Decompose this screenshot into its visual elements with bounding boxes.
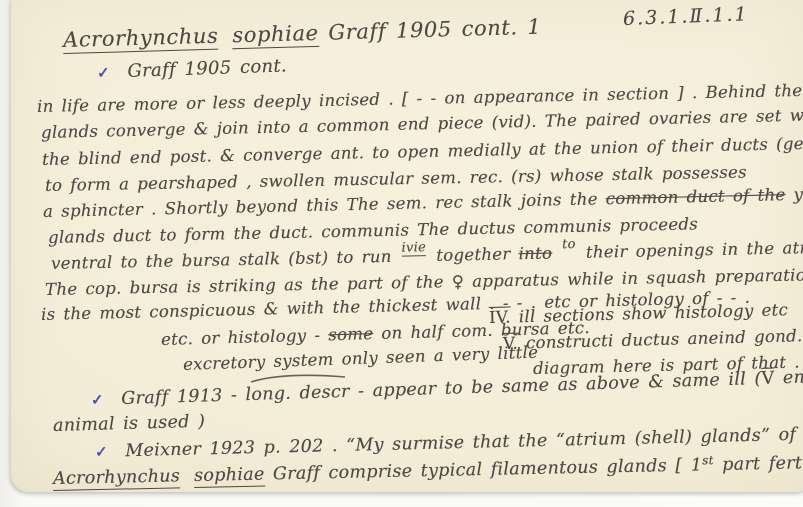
check-icon-1913: ✓ [91, 391, 104, 409]
genus-name-1923: Acrorhynchus [53, 466, 180, 491]
roman-numeral-v-1913: V [761, 369, 775, 389]
line5-text: a sphincter . Shortly beyond this The se… [43, 189, 598, 221]
line7-inserted-word: ivie [401, 240, 426, 257]
line10-text: etc. or histology - [161, 326, 321, 349]
line10-struck-word: some [328, 324, 374, 344]
subtitle-text: Graff 1905 cont. [127, 55, 287, 82]
entry-1923-text: Graff comprise typical filamentous gland… [273, 455, 703, 484]
species-name-1923: sophiae [194, 465, 265, 488]
line5-text-end: yolk [793, 184, 803, 204]
line7-text-mid: together [436, 244, 511, 265]
line7-text-end: their openings in the atrium [586, 237, 803, 261]
roman-numeral-iv: IV. [489, 307, 511, 327]
line7-text: ventral to the bursa stalk (bst) to run [51, 247, 392, 273]
entry-1923-text-end: part fertile [722, 453, 803, 475]
line7-struck-word: into [518, 244, 552, 264]
card-index-number: 6.3.1.Ⅱ.1.1 [623, 3, 749, 30]
note-line-11: excretory system only seen a very little [183, 343, 539, 374]
entry-1913-text: Graff 1913 - long. descr - appear to be … [121, 369, 762, 409]
title-suffix: Graff 1905 cont. 1 [328, 15, 542, 45]
check-icon: ✓ [97, 64, 110, 82]
line5-struck-text: common duct of the [605, 185, 785, 208]
card-title: Acrorhynchussophiae Graff 1905 cont. 1 [63, 15, 542, 52]
check-icon-1923: ✓ [95, 443, 108, 461]
line7-correction-word: to [562, 237, 576, 252]
roman-numeral-v: V. [503, 334, 518, 353]
species-name: sophiae [232, 21, 319, 49]
subtitle-line: ✓ Graff 1905 cont. [97, 55, 288, 83]
genus-name: Acrorhynchus [63, 24, 219, 54]
scanned-page: 6.3.1.Ⅱ.1.1 Acrorhynchussophiae Graff 19… [0, 0, 803, 507]
entry-1913-text-end: entire [783, 367, 803, 389]
index-card: 6.3.1.Ⅱ.1.1 Acrorhynchussophiae Graff 19… [11, 0, 803, 492]
ordinal-superscript: st [702, 453, 714, 467]
entry-1913-continuation: animal is used ) [53, 412, 206, 436]
